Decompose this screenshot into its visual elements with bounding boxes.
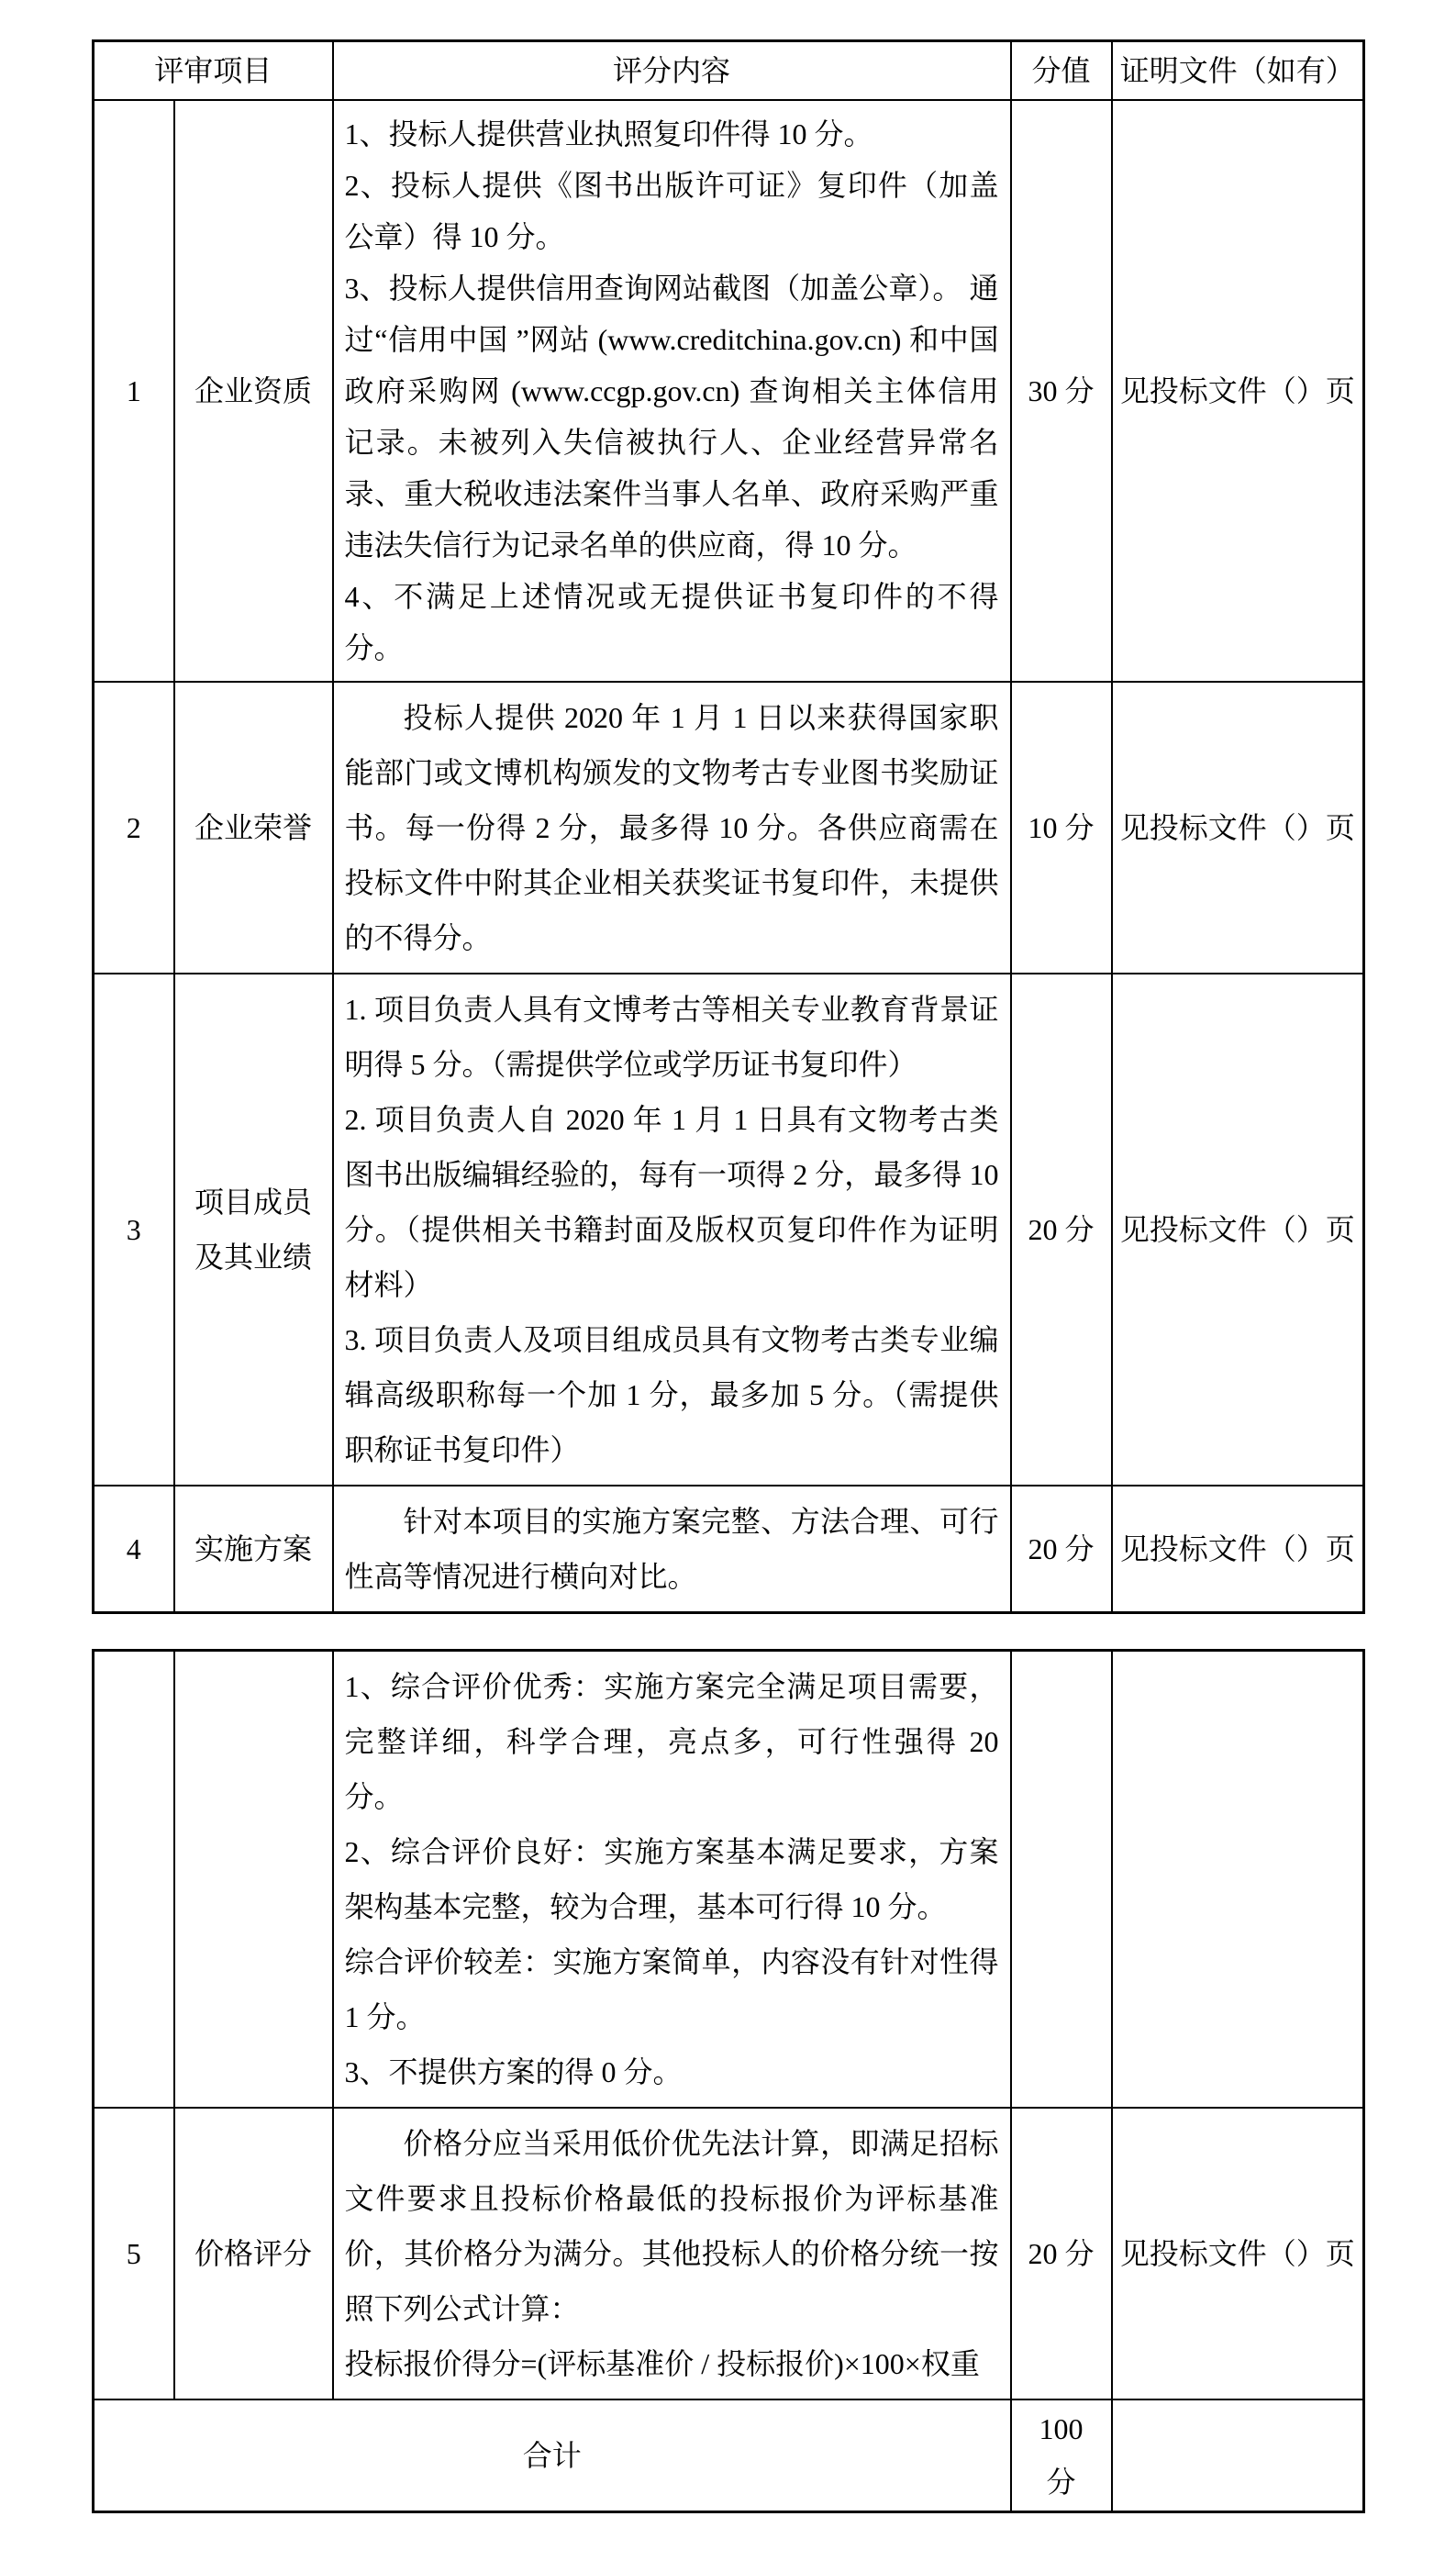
cell-score-value: 20 分 (1011, 1486, 1112, 1613)
header-row: 评审项目 评分内容 分值 证明文件（如有） (94, 41, 1364, 100)
content-paragraph: 针对本项目的实施方案完整、方法合理、可行性高等情况进行横向对比。 (345, 1494, 999, 1604)
cell-row-number: 3 (94, 974, 174, 1486)
cell-certificate: 见投标文件（）页 (1112, 974, 1364, 1486)
table1-body: 1企业资质1、投标人提供营业执照复印件得 10 分。2、投标人提供《图书出版许可… (94, 100, 1364, 1613)
cell-scoring-content: 1、投标人提供营业执照复印件得 10 分。2、投标人提供《图书出版许可证》复印件… (333, 100, 1011, 682)
header-certificate: 证明文件（如有） (1112, 41, 1364, 100)
cell-certificate: 见投标文件（）页 (1112, 2108, 1364, 2399)
cell-row-number: 1 (94, 100, 174, 682)
content-paragraph: 价格分应当采用低价优先法计算，即满足招标文件要求且投标价格最低的投标报价为评标基… (345, 2116, 999, 2336)
cell-score-value: 20 分 (1011, 974, 1112, 1486)
content-paragraph: 2. 项目负责人自 2020 年 1 月 1 日具有文物考古类图书出版编辑经验的… (345, 1092, 999, 1312)
table-row: 1、综合评价优秀：实施方案完全满足项目需要，完整详细，科学合理，亮点多，可行性强… (94, 1650, 1364, 2108)
cell-item-name: 企业荣誉 (174, 682, 333, 974)
content-paragraph: 2、投标人提供《图书出版许可证》复印件（加盖公章）得 10 分。 (345, 160, 999, 262)
content-paragraph: 投标人提供 2020 年 1 月 1 日以来获得国家职能部门或文博机构颁发的文物… (345, 690, 999, 965)
content-paragraph: 3、投标人提供信用查询网站截图（加盖公章）。 通过“信用中国 ”网站 (www.… (345, 262, 999, 571)
cell-certificate: 见投标文件（）页 (1112, 1486, 1364, 1613)
table-row: 1企业资质1、投标人提供营业执照复印件得 10 分。2、投标人提供《图书出版许可… (94, 100, 1364, 682)
total-row: 合计 100 分 (94, 2399, 1364, 2512)
cell-total-label: 合计 (94, 2399, 1011, 2512)
table2-total-body: 合计 100 分 (94, 2399, 1364, 2512)
cell-scoring-content: 1、综合评价优秀：实施方案完全满足项目需要，完整详细，科学合理，亮点多，可行性强… (333, 1650, 1011, 2108)
table2-body: 1、综合评价优秀：实施方案完全满足项目需要，完整详细，科学合理，亮点多，可行性强… (94, 1650, 1364, 2399)
cell-score-value: 30 分 (1011, 100, 1112, 682)
cell-item-name: 项目成员及其业绩 (174, 974, 333, 1486)
table-row: 4实施方案针对本项目的实施方案完整、方法合理、可行性高等情况进行横向对比。20 … (94, 1486, 1364, 1613)
header-scoring-content: 评分内容 (333, 41, 1011, 100)
page-break-gap (0, 1614, 1456, 1649)
cell-scoring-content: 价格分应当采用低价优先法计算，即满足招标文件要求且投标价格最低的投标报价为评标基… (333, 2108, 1011, 2399)
table-row: 3项目成员及其业绩1. 项目负责人具有文博考古等相关专业教育背景证明得 5 分。… (94, 974, 1364, 1486)
cell-score-value: 20 分 (1011, 2108, 1112, 2399)
cell-item-name: 实施方案 (174, 1486, 333, 1613)
content-paragraph: 1. 项目负责人具有文博考古等相关专业教育背景证明得 5 分。（需提供学位或学历… (345, 982, 999, 1092)
cell-item-name: 价格评分 (174, 2108, 333, 2399)
cell-scoring-content: 投标人提供 2020 年 1 月 1 日以来获得国家职能部门或文博机构颁发的文物… (333, 682, 1011, 974)
cell-scoring-content: 针对本项目的实施方案完整、方法合理、可行性高等情况进行横向对比。 (333, 1486, 1011, 1613)
cell-total-score: 100 分 (1011, 2399, 1112, 2512)
content-paragraph: 2、综合评价良好：实施方案基本满足要求，方案架构基本完整，较为合理，基本可行得 … (345, 1824, 999, 1934)
content-paragraph: 4、不满足上述情况或无提供证书复印件的不得分。 (345, 571, 999, 674)
cell-row-number: 4 (94, 1486, 174, 1613)
cell-certificate (1112, 1650, 1364, 2108)
cell-row-number: 5 (94, 2108, 174, 2399)
content-paragraph: 1、综合评价优秀：实施方案完全满足项目需要，完整详细，科学合理，亮点多，可行性强… (345, 1659, 999, 1824)
cell-item-name (174, 1650, 333, 2108)
cell-certificate: 见投标文件（）页 (1112, 682, 1364, 974)
document-page: 评审项目 评分内容 分值 证明文件（如有） 1企业资质1、投标人提供营业执照复印… (0, 0, 1456, 2572)
table-row: 2企业荣誉投标人提供 2020 年 1 月 1 日以来获得国家职能部门或文博机构… (94, 682, 1364, 974)
content-paragraph: 3、不提供方案的得 0 分。 (345, 2044, 999, 2099)
cell-item-name: 企业资质 (174, 100, 333, 682)
content-paragraph: 投标报价得分=(评标基准价 / 投标报价)×100×权重 (345, 2336, 999, 2391)
cell-score-value: 10 分 (1011, 682, 1112, 974)
cell-row-number: 2 (94, 682, 174, 974)
cell-certificate: 见投标文件（）页 (1112, 100, 1364, 682)
content-paragraph: 1、投标人提供营业执照复印件得 10 分。 (345, 108, 999, 160)
header-review-item: 评审项目 (94, 41, 333, 100)
evaluation-table-page1: 评审项目 评分内容 分值 证明文件（如有） 1企业资质1、投标人提供营业执照复印… (92, 39, 1365, 1614)
evaluation-table-page2: 1、综合评价优秀：实施方案完全满足项目需要，完整详细，科学合理，亮点多，可行性强… (92, 1649, 1365, 2514)
cell-total-certificate (1112, 2399, 1364, 2512)
table-row: 5价格评分价格分应当采用低价优先法计算，即满足招标文件要求且投标价格最低的投标报… (94, 2108, 1364, 2399)
content-paragraph: 综合评价较差：实施方案简单，内容没有针对性得 1 分。 (345, 1934, 999, 2044)
cell-score-value (1011, 1650, 1112, 2108)
cell-scoring-content: 1. 项目负责人具有文博考古等相关专业教育背景证明得 5 分。（需提供学位或学历… (333, 974, 1011, 1486)
content-paragraph: 3. 项目负责人及项目组成员具有文物考古类专业编辑高级职称每一个加 1 分，最多… (345, 1312, 999, 1477)
header-score-value: 分值 (1011, 41, 1112, 100)
table-header: 评审项目 评分内容 分值 证明文件（如有） (94, 41, 1364, 100)
cell-row-number (94, 1650, 174, 2108)
